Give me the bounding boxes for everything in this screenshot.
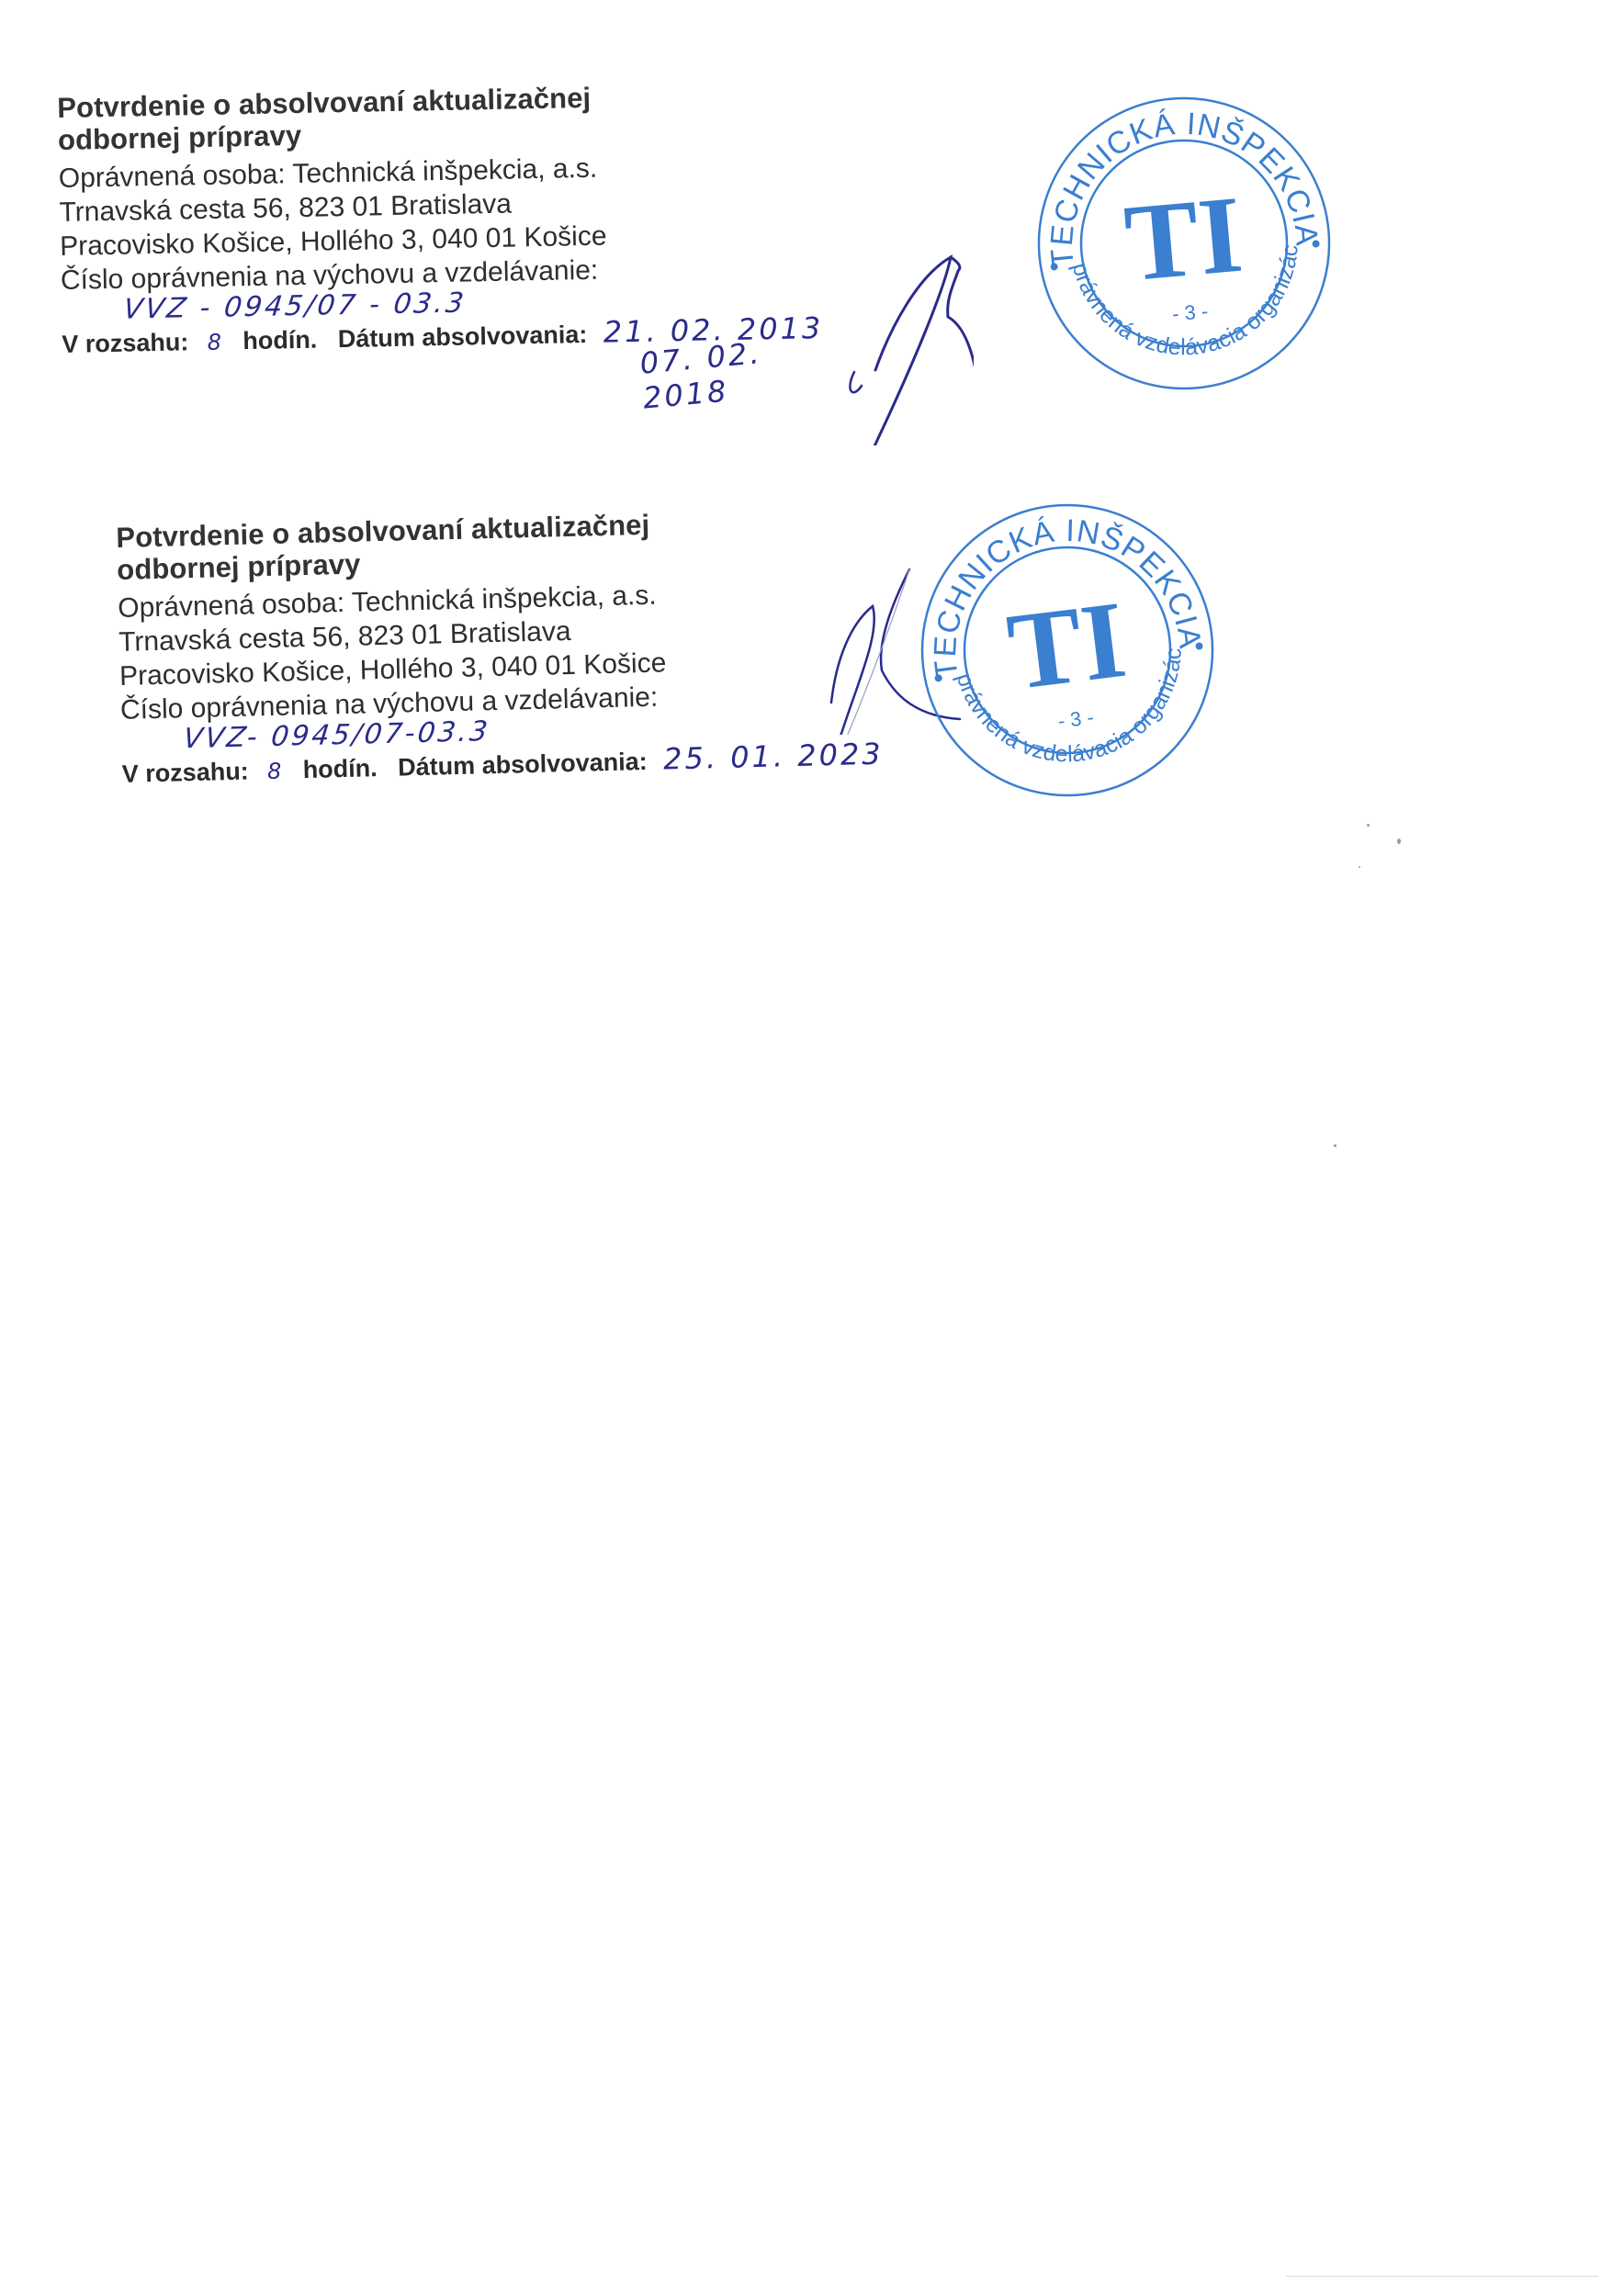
hours-handwritten: 8 [255, 755, 297, 787]
certificate-block-1: Potvrdenie o absolvovaní aktualizačnej o… [57, 77, 824, 361]
scan-speck [1367, 824, 1370, 827]
second-date-handwritten: 07. 02. 2018 [638, 330, 827, 415]
stamp-monogram: TI [1001, 578, 1132, 713]
hours-unit: hodín. [242, 326, 318, 355]
range-label: V rozsahu: [121, 758, 249, 788]
range-label: V rozsahu: [62, 328, 189, 358]
organization-stamp-2: TECHNICKÁ INŠPEKCIA Oprávnená vzdelávaci… [898, 481, 1236, 819]
stamp-seal-icon: TECHNICKÁ INŠPEKCIA Oprávnená vzdelávaci… [1020, 79, 1348, 408]
stamp-seal-icon: TECHNICKÁ INŠPEKCIA Oprávnená vzdelávaci… [898, 481, 1236, 819]
stamp-number: - 3 - [1171, 299, 1209, 325]
hours-handwritten: 8 [195, 326, 236, 358]
scan-speck [1359, 866, 1360, 868]
stamp-number: - 3 - [1056, 705, 1095, 733]
signature-icon [836, 234, 974, 445]
date-label: Dátum absolvovania: [398, 748, 648, 782]
certificate-block-2: Potvrdenie o absolvovaní aktualizačnej o… [116, 503, 884, 791]
scan-edge-line [1286, 2276, 1598, 2277]
stamp-monogram: TI [1121, 173, 1247, 305]
scan-speck [1397, 838, 1401, 844]
organization-stamp-1: TECHNICKÁ INŠPEKCIA Oprávnená vzdelávaci… [1020, 79, 1348, 408]
hours-unit: hodín. [302, 754, 378, 783]
scan-speck [1334, 1144, 1336, 1147]
date-label: Dátum absolvovania: [337, 321, 587, 353]
